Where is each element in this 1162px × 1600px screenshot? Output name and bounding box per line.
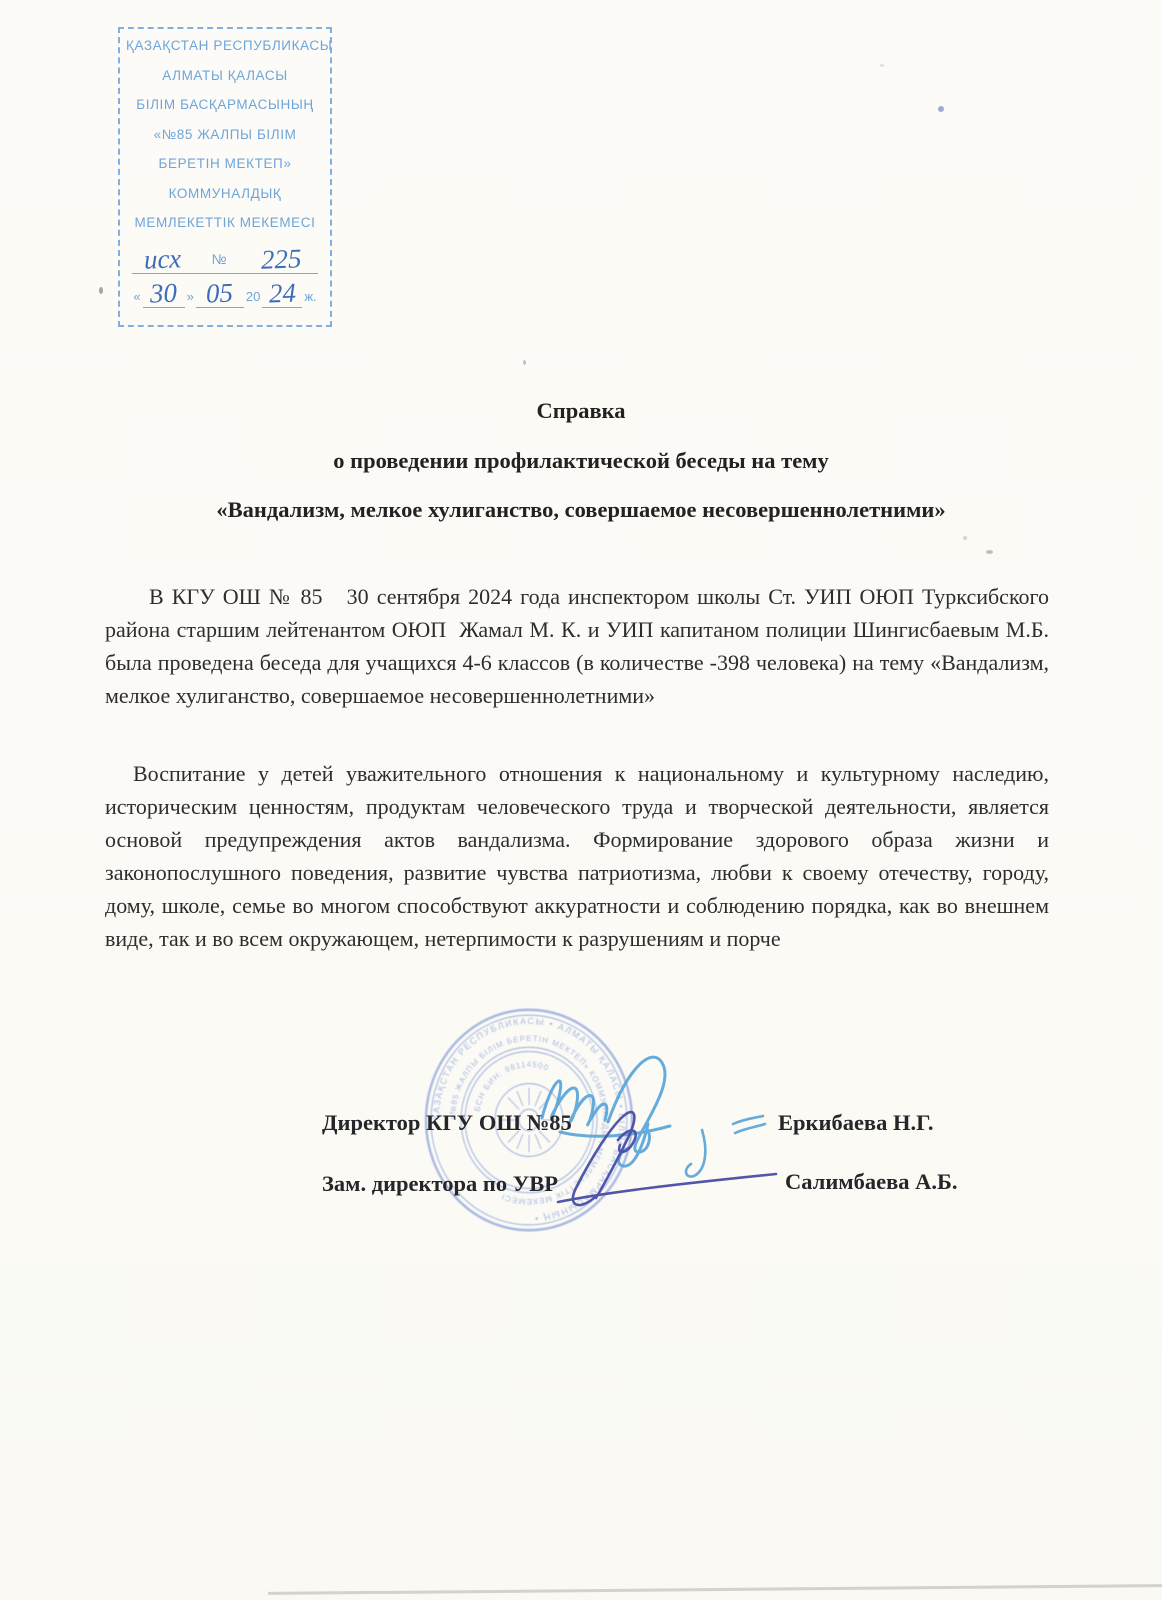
stamp-line: МЕМЛЕКЕТТІК МЕКЕМЕСІ (126, 216, 324, 230)
handwritten-outgoing-number: 225 (260, 245, 301, 273)
date-year-field: 24 (262, 280, 302, 308)
body-paragraph-1: В КГУ ОШ № 85 30 сентября 2024 года инсп… (105, 580, 1049, 712)
stamp-line: АЛМАТЫ ҚАЛАСЫ (126, 69, 324, 83)
scan-speck (938, 106, 944, 112)
date-close-quote: » (185, 289, 196, 308)
handwritten-year: 24 (268, 279, 296, 307)
stamp-line: ҚАЗАҚСТАН РЕСПУБЛИКАСЫ (126, 39, 324, 53)
scan-speck (523, 360, 526, 365)
body-paragraph-2: Воспитание у детей уважительного отношен… (105, 757, 1049, 955)
document-subtitle: о проведении профилактической беседы на … (0, 448, 1162, 474)
director-name: Еркибаева Н.Г. (778, 1110, 934, 1136)
stamp-line: «№85 ЖАЛПЫ БІЛІМ (126, 128, 324, 142)
date-day-field: 30 (143, 280, 185, 308)
deputy-signature (538, 1098, 788, 1223)
deputy-role-label: Зам. директора по УВР (322, 1171, 558, 1197)
date-month-field: 05 (196, 280, 244, 308)
scan-page-edge (268, 1584, 1162, 1595)
document-page: ҚАЗАҚСТАН РЕСПУБЛИКАСЫ АЛМАТЫ ҚАЛАСЫ БІЛ… (0, 0, 1162, 1600)
outgoing-label-field: исх (132, 246, 194, 274)
document-topic: «Вандализм, мелкое хулиганство, совершае… (0, 497, 1162, 523)
date-open-quote: « (131, 289, 142, 308)
stamp-line: БІЛІМ БАСҚАРМАСЫНЫҢ (126, 98, 324, 112)
director-role-label: Директор КГУ ОШ №85 (322, 1110, 572, 1136)
outgoing-number-field: 225 (244, 246, 318, 274)
document-title: Справка (0, 398, 1162, 424)
stamp-line: КОММУНАЛДЫҚ (126, 187, 324, 201)
handwritten-day: 30 (150, 279, 178, 307)
outgoing-number-row: исх № 225 (126, 246, 324, 274)
date-suffix: ж. (302, 289, 318, 308)
number-sign: № (194, 251, 244, 274)
scan-speck (986, 550, 993, 554)
handwritten-outgoing-label: исх (144, 245, 182, 273)
scan-speck (99, 287, 103, 294)
date-century: 20 (244, 289, 262, 308)
stamp-line: БЕРЕТІН МЕКТЕП» (126, 157, 324, 171)
scan-speck (880, 64, 884, 67)
deputy-name: Салимбаева А.Б. (785, 1169, 958, 1195)
scan-speck (963, 536, 967, 540)
date-row: « 30 » 05 20 24 ж. (126, 280, 324, 308)
registration-stamp: ҚАЗАҚСТАН РЕСПУБЛИКАСЫ АЛМАТЫ ҚАЛАСЫ БІЛ… (118, 27, 332, 327)
handwritten-month: 05 (206, 279, 234, 307)
